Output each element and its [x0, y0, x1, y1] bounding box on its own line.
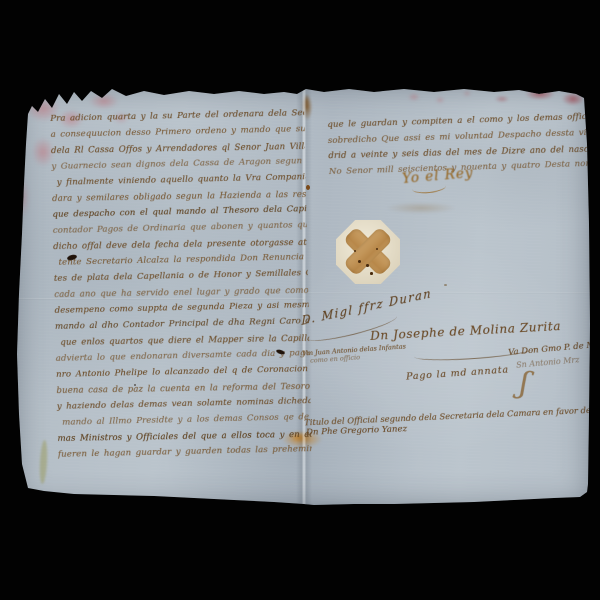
media-annata-note: Pago la md annata [406, 364, 509, 382]
ink-speck [444, 284, 447, 286]
seal-speck [366, 264, 369, 267]
docket-title-line2: Dn Phe Gregorio Yanez [306, 424, 407, 438]
ink-speck [204, 88, 207, 91]
seal-speck [354, 250, 356, 252]
annata-flourish: ʃ [518, 366, 531, 402]
ink-speck [306, 185, 310, 190]
red-wax-stain [558, 90, 588, 108]
seal-speck [376, 248, 378, 250]
photo-background: Pra adicion quarta y la su Parte del ord… [0, 0, 600, 600]
left-page-text: Pra adicion quarta y la su Parte del ord… [50, 105, 312, 463]
red-wax-stain [520, 86, 560, 102]
seal-speck [370, 272, 373, 275]
seal-speck [358, 260, 361, 263]
red-wax-stain [492, 94, 512, 104]
pink-stain [406, 92, 422, 102]
ink-speck [134, 384, 136, 386]
manuscript-document: Pra adicion quarta y la su Parte del ord… [14, 84, 592, 508]
pink-stain [434, 96, 446, 104]
right-official-signature-line2: Sn Antonio Mrz [516, 355, 580, 369]
counter-signature: Dn Josephe de Molina Zurita [370, 319, 562, 343]
fold-crease [304, 292, 592, 294]
paper-seal [336, 220, 400, 284]
pink-stain [462, 90, 472, 97]
docket-title-line1: Titulo del Official segundo dela Secreta… [304, 405, 598, 428]
pink-stain [14, 172, 32, 224]
ink-transfer-smudge [386, 202, 456, 214]
edge-discoloration [39, 440, 48, 484]
right-official-signature-line1: Va Don Gmo P. de Ml [508, 340, 598, 358]
